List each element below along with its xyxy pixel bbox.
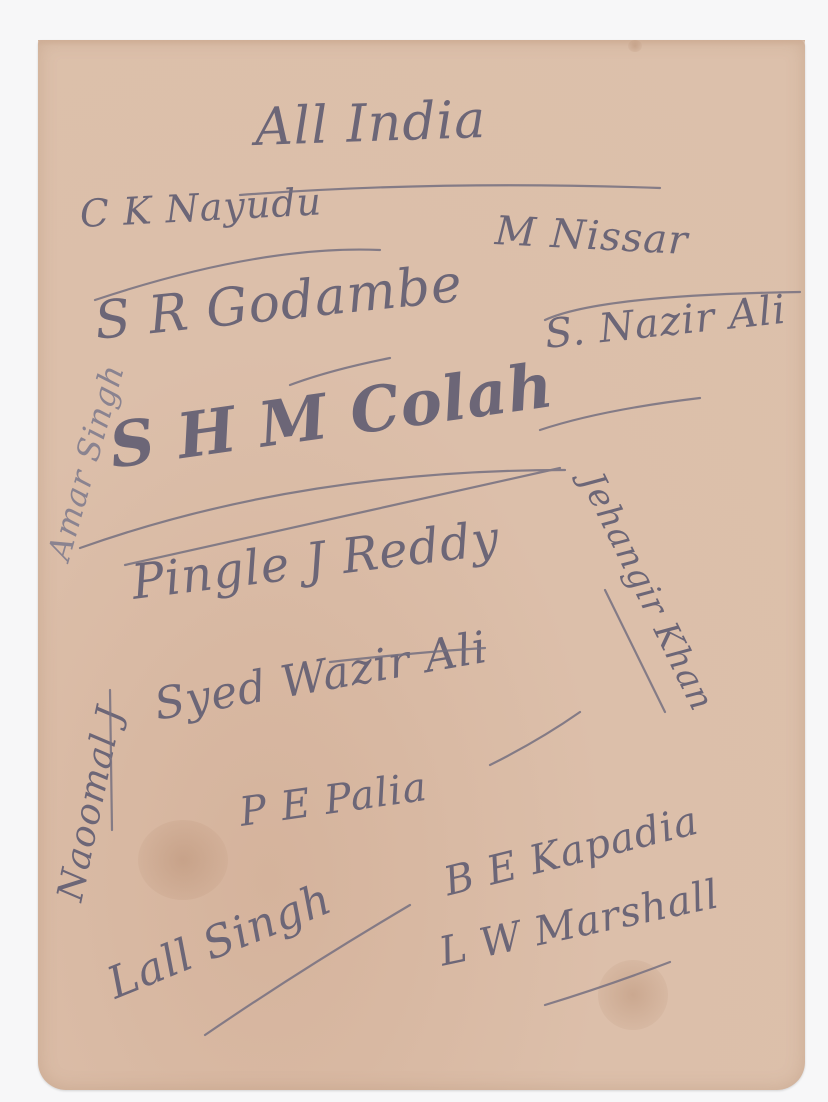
signature-underlines (0, 0, 828, 1102)
